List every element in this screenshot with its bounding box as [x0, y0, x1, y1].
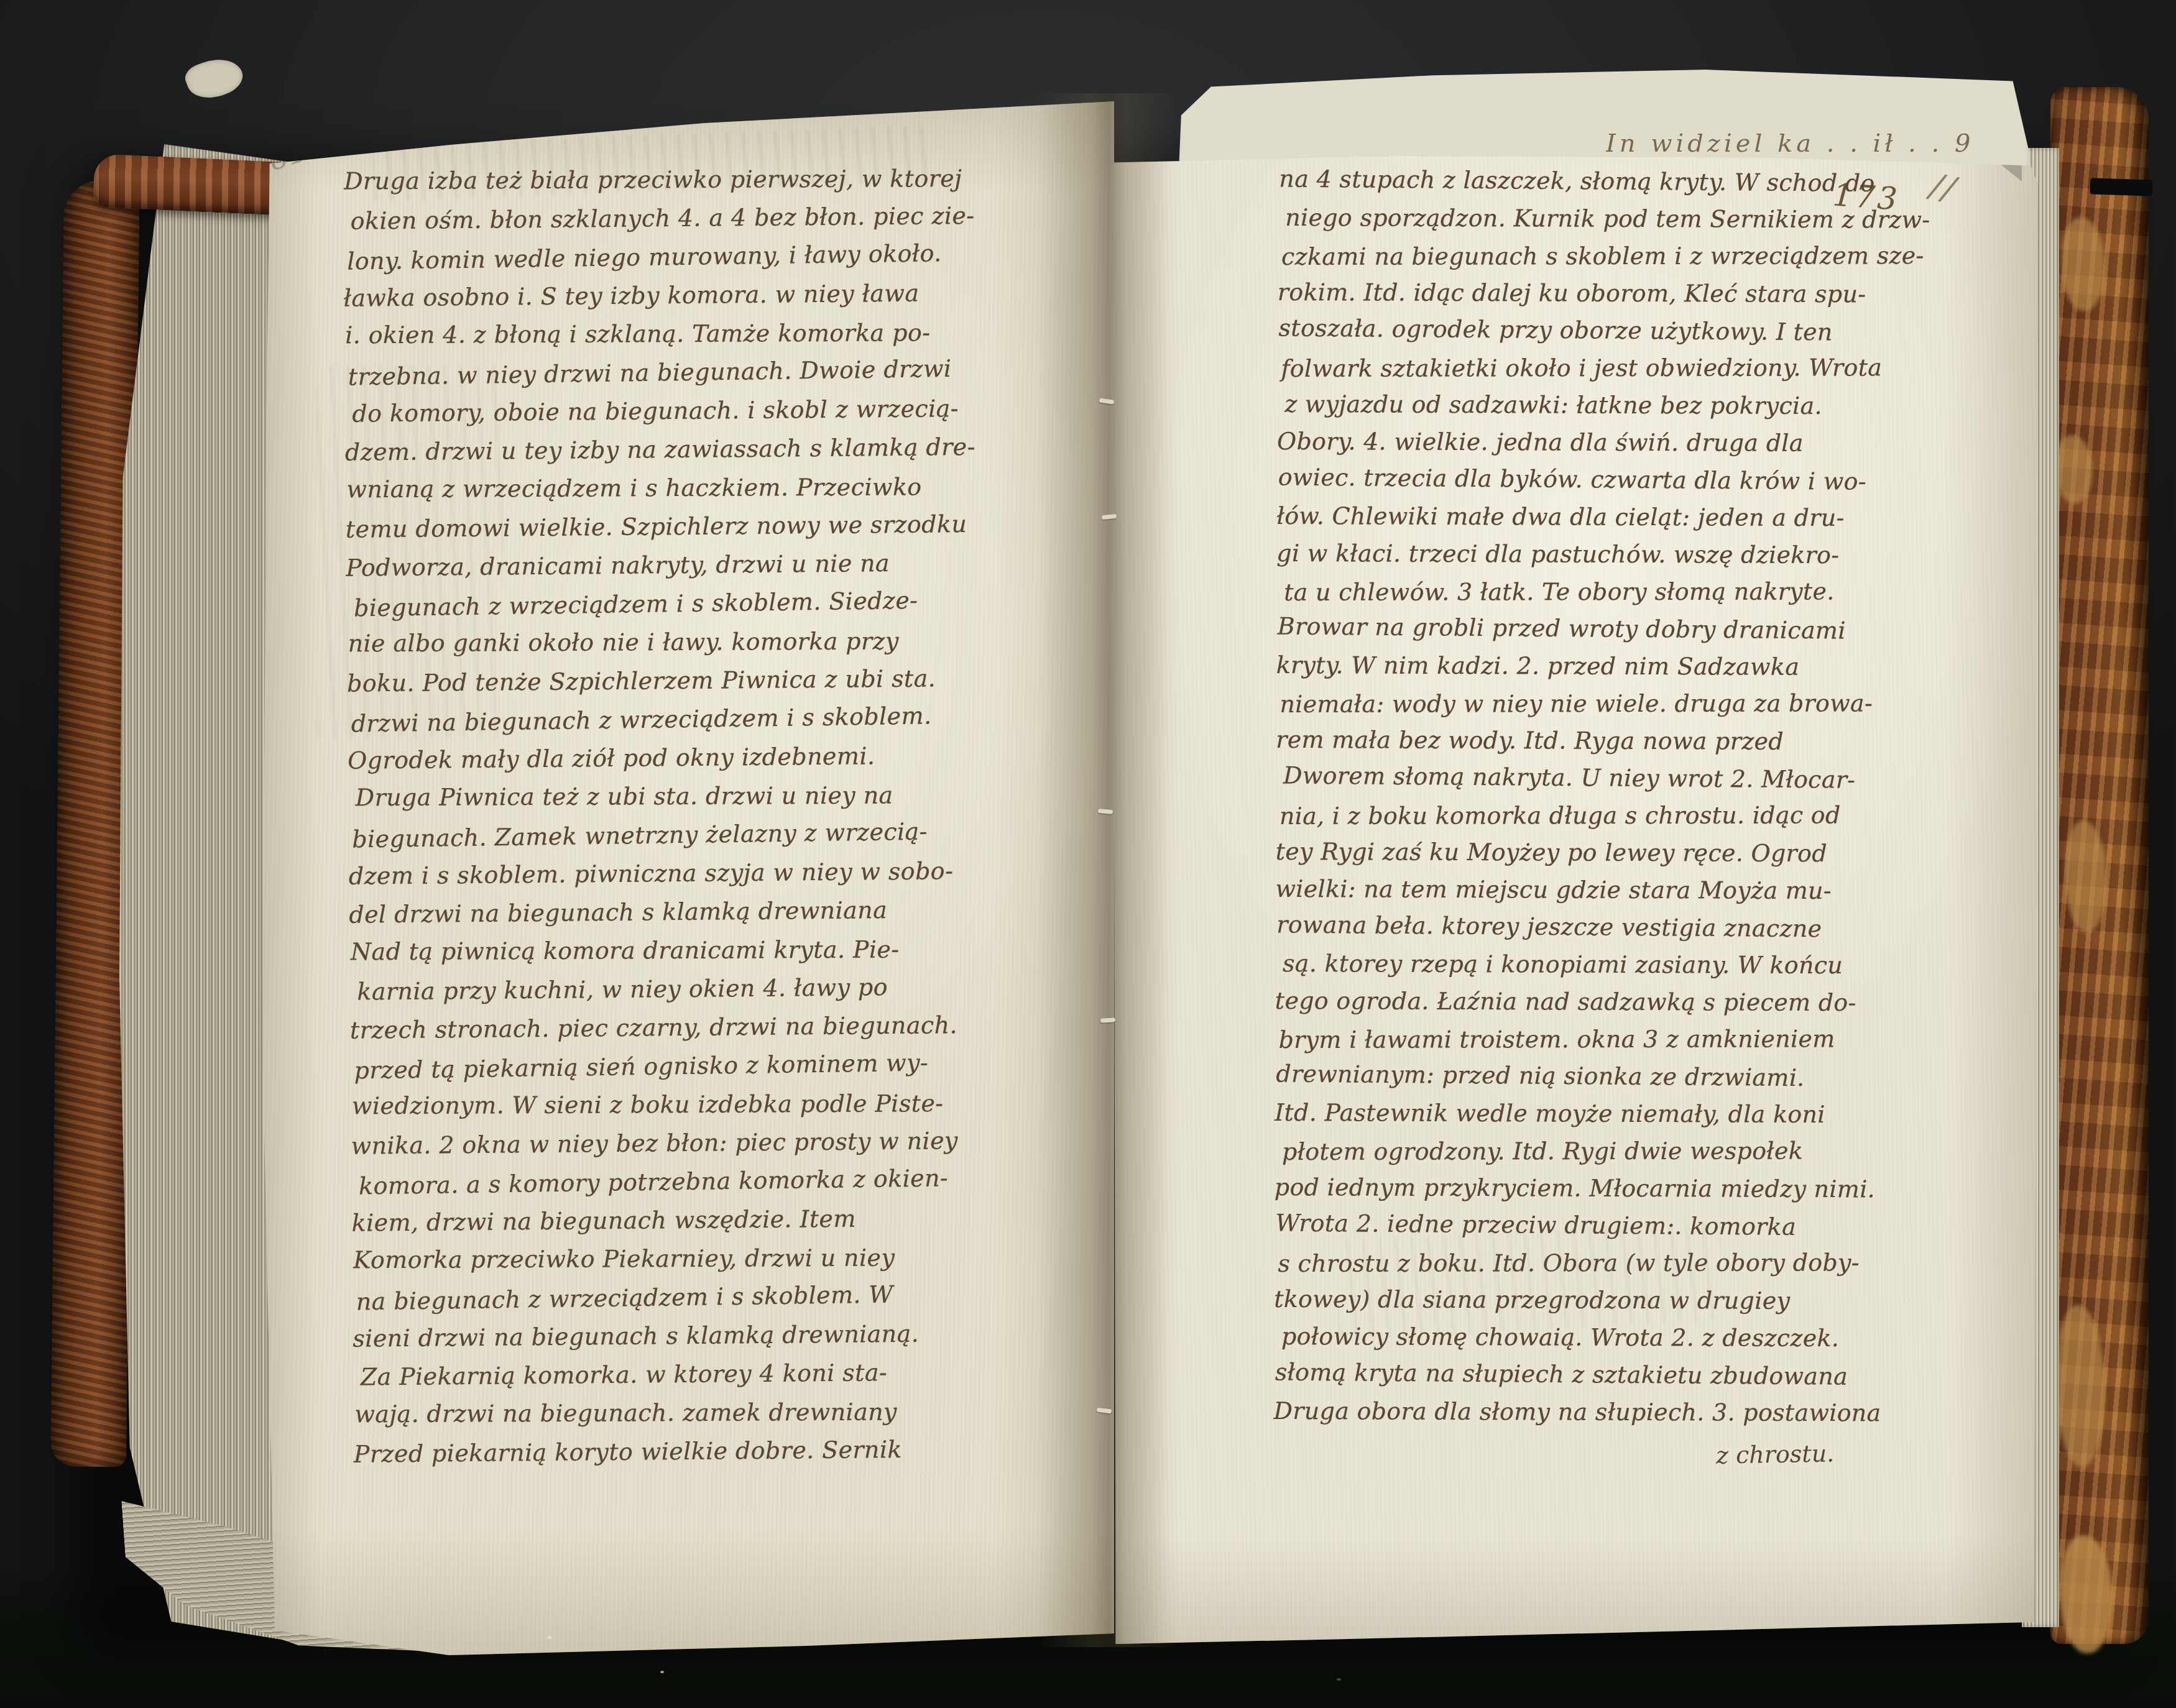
manuscript-line: wiedzionym. W sieni z boku izdebka podle… — [352, 1084, 1022, 1126]
manuscript-line: gi w kłaci. trzeci dla pastuchów. wszę d… — [1276, 535, 1998, 574]
manuscript-line: kryty. W nim kadzi. 2. przed nim Sadzawk… — [1276, 646, 1998, 686]
manuscript-line: tey Rygi zaś ku Moyżey po lewey ręce. Og… — [1276, 833, 1997, 873]
manuscript-line: stoszała. ogrodek przy oborze użytkowy. … — [1278, 309, 1998, 352]
manuscript-line: Ogrodek mały dla ziół pod okny izdebnemi… — [348, 735, 1019, 779]
manuscript-line: biegunach z wrzeciądzem i s skoblem. Sie… — [354, 580, 1018, 628]
dust-speck — [1337, 1678, 1341, 1681]
background-strap-slot — [2090, 178, 2153, 196]
manuscript-line: Browar na grobli przed wroty dobry drani… — [1278, 607, 1998, 650]
manuscript-line: tego ogroda. Łaźnia nad sadzawką s piece… — [1275, 982, 1996, 1022]
manuscript-line: niemała: wody w niey nie wiele. druga za… — [1279, 684, 1997, 723]
manuscript-line: na 4 stupach z laszczek, słomą kryty. W … — [1279, 160, 1999, 203]
manuscript-line: ta u chlewów. 3 łatk. Te obory słomą nak… — [1284, 572, 1998, 611]
manuscript-line: niego sporządzon. Kurnik pod tem Serniki… — [1285, 199, 1999, 239]
manuscript-line: s chrostu z boku. Itd. Obora (w tyle obo… — [1278, 1244, 1995, 1282]
manuscript-line: ławka osobno i. S tey izby komora. w nie… — [343, 273, 1015, 317]
manuscript-line: del drzwi na biegunach s klamką drewnian… — [349, 889, 1020, 934]
right-cover-leather-edge — [2050, 87, 2149, 1644]
manuscript-line: Nad tą piwnicą komora dranicami kryta. P… — [351, 930, 1021, 971]
manuscript-line: rem mała bez wody. Itd. Ryga nowa przed — [1276, 721, 1997, 761]
manuscript-line: nie albo ganki około nie i ławy. komorka… — [348, 622, 1018, 663]
dust-speck — [547, 1636, 552, 1639]
manuscript-line: wielki: na tem miejscu gdzie stara Moyża… — [1275, 870, 1996, 910]
right-page-text-block: na 4 stupach z laszczek, słomą kryty. W … — [1273, 162, 1999, 1432]
manuscript-line: wnianą z wrzeciądzem i s haczkiem. Przec… — [346, 467, 1017, 509]
manuscript-line: połowicy słomę chowaią. Wrota 2. z deszc… — [1281, 1318, 1995, 1357]
manuscript-line: Dworem słomą nakryta. U niey wrot 2. Mło… — [1283, 757, 1997, 800]
manuscript-photo-scene: In widziel ka . . ił . . 9 181 Druga izb… — [0, 0, 2176, 1708]
manuscript-line: Komorka przeciwko Piekarniey, drzwi u ni… — [353, 1238, 1023, 1280]
manuscript-line: owiec. trzecia dla byków. czwarta dla kr… — [1278, 458, 1998, 501]
manuscript-line: folwark sztakietki około i jest obwiedzi… — [1281, 349, 1998, 387]
manuscript-line: sieni drzwi na biegunach s klamką drewni… — [353, 1313, 1025, 1357]
manuscript-line: łów. Chlewiki małe dwa dla cieląt: jeden… — [1276, 497, 1998, 537]
manuscript-line: drewnianym: przed nią sionka ze drzwiami… — [1276, 1055, 1996, 1098]
manuscript-line: Przed piekarnią koryto wielkie dobre. Se… — [354, 1429, 1026, 1473]
manuscript-line: Druga obora dla słomy na słupiech. 3. po… — [1273, 1392, 1994, 1432]
manuscript-line: Itd. Pastewnik wedle moyże niemały, dla … — [1275, 1094, 1996, 1134]
manuscript-line: kiem, drzwi na biegunach wszędzie. Item — [351, 1198, 1023, 1242]
manuscript-line: i. okien 4. z błoną i szklaną. Tamże kom… — [345, 313, 1015, 355]
manuscript-line: Druga izba też biała przeciwko pierwszej… — [344, 159, 1014, 201]
manuscript-line: rokim. Itd. idąc dalej ku oborom, Kleć s… — [1278, 273, 1999, 313]
manuscript-line: Druga Piwnica też z ubi sta. drzwi u nie… — [356, 776, 1020, 817]
dust-speck — [660, 1671, 664, 1673]
catchword-line: z chrostu. — [1716, 1439, 1835, 1469]
manuscript-line: pod iednym przykryciem. Młocarnia miedzy… — [1275, 1169, 1996, 1208]
manuscript-line: płotem ogrodzony. Itd. Rygi dwie wespołe… — [1282, 1132, 1996, 1170]
manuscript-line: są. ktorey rzepą i konopiami zasiany. W … — [1283, 945, 1996, 985]
left-page-text-block: Druga izba też biała przeciwko pierwszej… — [343, 157, 1025, 1473]
manuscript-line: tkowey) dla siana przegrodzona w drugiey — [1274, 1280, 1995, 1320]
manuscript-line: brym i ławami troistem. okna 3 z amknien… — [1279, 1020, 1996, 1058]
manuscript-line: rowana beła. ktorey jeszcze vestigia zna… — [1276, 906, 1996, 948]
manuscript-line: Obory. 4. wielkie. jedna dla świń. druga… — [1277, 423, 1998, 462]
manuscript-line: czkami na biegunach s skoblem i z wrzeci… — [1281, 237, 1999, 275]
manuscript-line: wają. drzwi na biegunach. zamek drewnian… — [354, 1392, 1025, 1434]
manuscript-line: z wyjazdu od sadzawki: łatkne bez pokryc… — [1284, 385, 1998, 425]
manuscript-line: dzem i s skoblem. piwniczna szyja w niey… — [349, 851, 1021, 895]
manuscript-line: nia, i z boku komorka długa s chrostu. i… — [1279, 796, 1997, 835]
manuscript-line: Wrota 2. iedne przeciw drugiem:. komorka — [1275, 1204, 1995, 1247]
manuscript-line: przed tą piekarnią sień ognisko z komine… — [354, 1042, 1022, 1090]
manuscript-line: do komory, oboie na biegunach. i skobl z… — [352, 388, 1017, 433]
manuscript-line: temu domowi wielkie. Szpichlerz nowy we … — [346, 504, 1018, 548]
manuscript-line: dzem. drzwi u tey izby na zawiassach s k… — [345, 427, 1017, 471]
manuscript-line: karnia przy kuchni, w niey okien 4. ławy… — [357, 966, 1021, 1011]
headband-fuzz — [182, 51, 247, 105]
manuscript-line: słomą kryta na słupiech z sztakietu zbud… — [1275, 1353, 1995, 1396]
manuscript-line: Za Piekarnią komorka. w ktorey 4 koni st… — [361, 1352, 1025, 1396]
